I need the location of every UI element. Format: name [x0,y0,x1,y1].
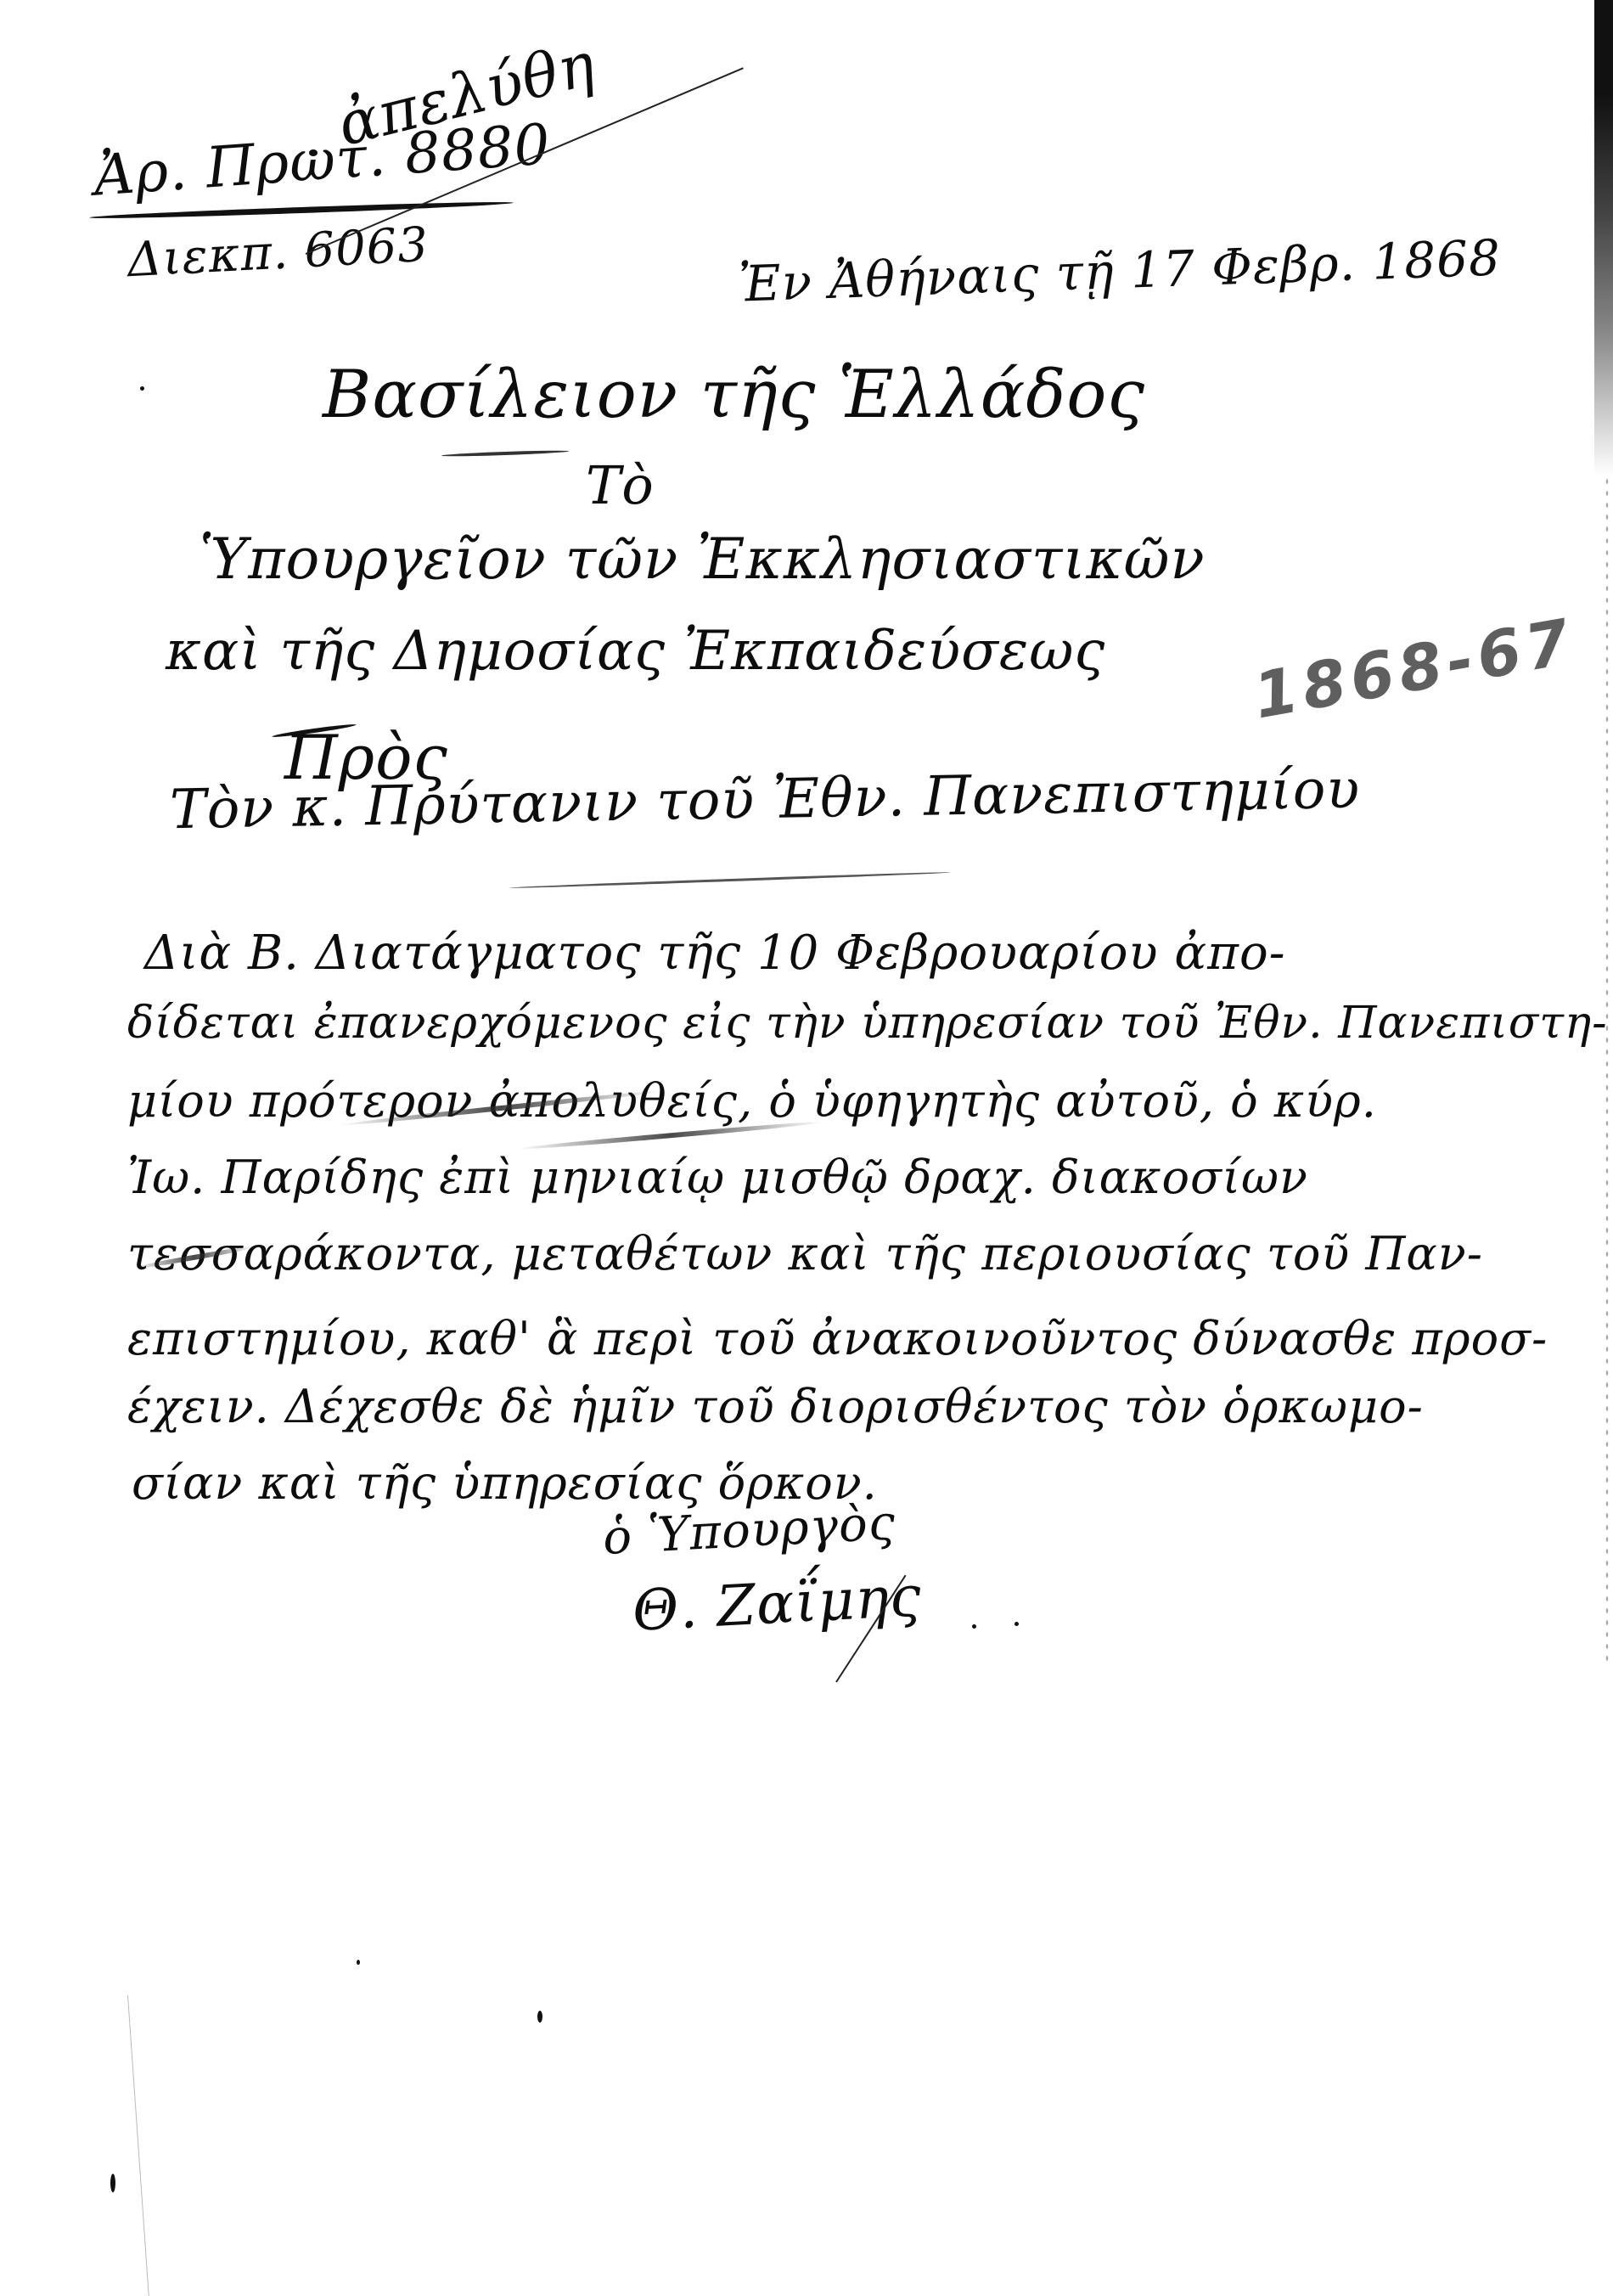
ministry-line-2: καὶ τῆς Δημοσίας Ἐκπαιδεύσεως [166,620,1105,683]
heading-flourish [441,449,569,457]
paper-fold-line [127,1995,149,2296]
body-line-4: Ἰω. Παρίδης ἐπὶ μηνιαίῳ μισθῷ δραχ. διακ… [127,1151,1308,1204]
ink-speck [537,2011,542,2023]
protocol-number: Ἀρ. Πρωτ. 8880 [92,111,553,208]
pencil-annotation: 1868-67 [1248,605,1580,734]
place-date: Ἐν Ἀθήναις τῇ 17 Φεβρ. 1868 [738,228,1502,312]
state-heading: Βασίλειον τῆς Ἑλλάδος [323,357,1145,433]
body-line-3: μίου πρότερον ἀπολυθείς, ὁ ὑφηγητὴς αὐτο… [127,1074,1377,1128]
body-line-2: δίδεται ἐπανερχόμενος εἰς τὴν ὑπηρεσίαν … [127,998,1608,1049]
ministry-line-1: Ὑπουργεῖον τῶν Ἐκκλησιαστικῶν [200,526,1206,592]
body-line-7: έχειν. Δέχεσθε δὲ ἡμῖν τοῦ διορισθέντος … [127,1380,1424,1433]
ink-speck [140,386,144,391]
scan-edge-specks [1605,476,1610,1664]
signature-dot [1014,1622,1019,1626]
signature-dot [972,1624,976,1629]
heading-article: Τὸ [586,454,655,516]
ink-dot [309,149,318,156]
body-line-6: επιστημίου, καθ' ἃ περὶ τοῦ ἀνακοινοῦντο… [127,1312,1548,1365]
diekperaiosis-number: Διεκπ. 6063 [126,217,430,288]
section-divider-flourish [509,871,951,889]
scan-edge-shadow [1594,0,1613,476]
document-page: Ἀρ. Πρωτ. 8880 Διεκπ. 6063 ἀπελύθη Ἐν Ἀθ… [0,0,1613,2296]
body-line-5: τεσσαράκοντα, μεταθέτων καὶ τῆς περιουσί… [127,1227,1483,1280]
body-line-1: Διὰ Β. Διατάγματος τῆς 10 Φεβρουαρίου ἀπ… [144,926,1286,981]
ink-speck [357,1960,360,1965]
ink-speck [110,2174,115,2192]
signature: Θ. Ζαΐμης [631,1563,923,1644]
